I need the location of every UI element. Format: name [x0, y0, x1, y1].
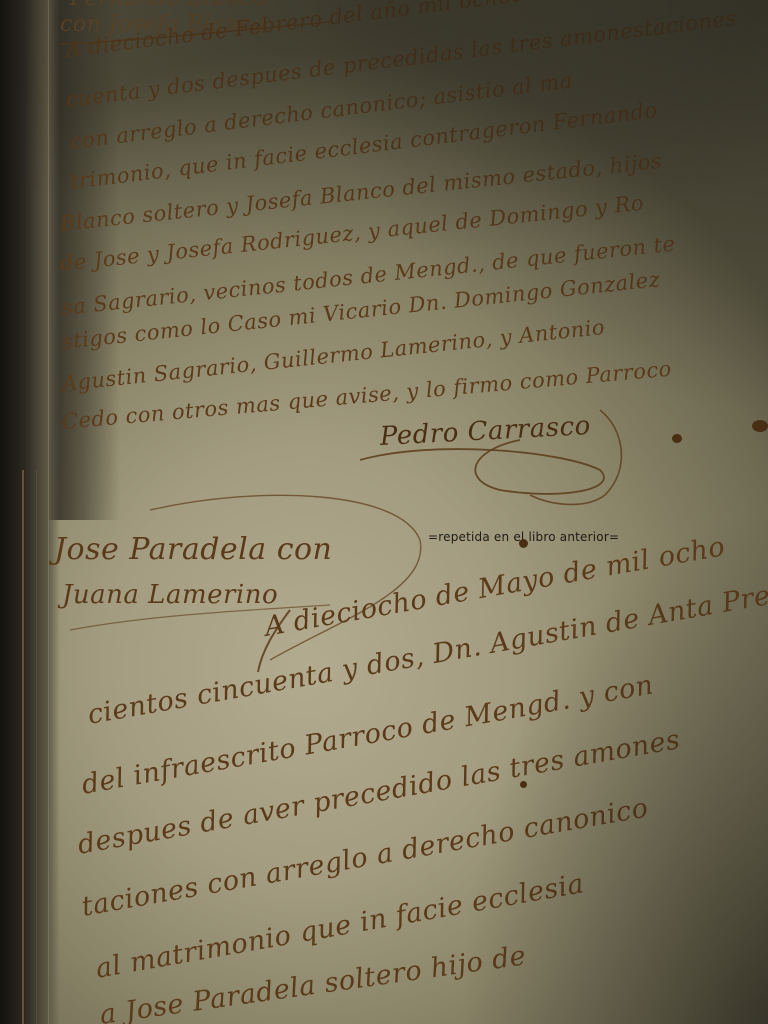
- margin-rule-line: [36, 470, 37, 1024]
- page-edge: [48, 0, 49, 1024]
- binding-gutter: [0, 0, 60, 1024]
- margin-rule-line: [22, 470, 24, 1024]
- document-photo: Fernando Blanco con Josefa Blanco A diec…: [0, 0, 768, 1024]
- entry-1-heading-line-1: Fernando Blanco: [70, 0, 267, 11]
- entry-2-body-line: taciones con arreglo a derecho canonico: [79, 792, 650, 922]
- ink-blot: [519, 539, 528, 548]
- ink-blot: [672, 434, 682, 443]
- signature: Pedro Carrasco: [379, 411, 591, 452]
- entry-2-heading-line-1: Jose Paradela con: [54, 532, 332, 567]
- ink-blot: [520, 781, 527, 788]
- ink-blot: [752, 420, 768, 432]
- entry-2-heading-line-2: Juana Lamerino: [62, 580, 278, 610]
